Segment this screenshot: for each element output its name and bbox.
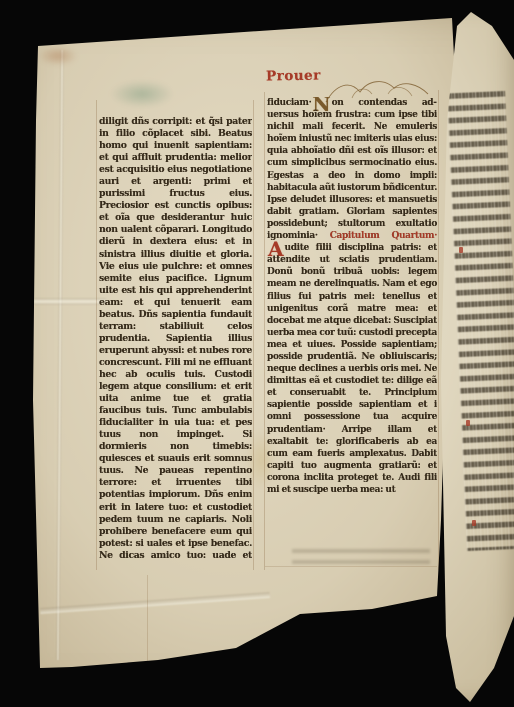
red-capitulum-mark [459, 247, 463, 253]
manuscript-page: Prouer diligit dñs corripit: et q̃si pat… [0, 0, 514, 707]
parchment-crease [56, 50, 64, 660]
parchment-crease [40, 592, 270, 614]
ruling-line [96, 100, 97, 570]
ruling-line [147, 575, 148, 663]
chapter4-text: udite filii disciplina patris: et attend… [267, 243, 437, 495]
manuscript-photo: Prouer diligit dñs corripit: et q̃si pat… [0, 0, 514, 707]
red-capitulum-mark [466, 420, 470, 426]
ruling-line [253, 100, 254, 570]
ink-showthrough [292, 549, 430, 567]
chapter-rubric: Capitulum Quartum· [330, 231, 437, 241]
ruling-line [264, 92, 265, 570]
ruling-line [438, 90, 439, 570]
carryover-word: fiduciam· [267, 98, 311, 108]
facing-running-title-fragment: dua [497, 25, 514, 40]
right-column-text: fiduciam·Non contendas ad­uersus hoĩem f… [267, 97, 437, 496]
chapter3-text: on contendas ad­uersus hoĩem frustra: cu… [267, 98, 437, 241]
running-title: Prouer [266, 68, 321, 85]
facing-page-text-lines [447, 91, 514, 551]
stain [110, 80, 174, 108]
text-column-right: fiduciam·Non contendas ad­uersus hoĩem f… [267, 97, 437, 549]
text-column-left: diligit dñs corripit: et q̃si pater in f… [99, 116, 252, 562]
left-column-text: diligit dñs corripit: et q̃si pater in f… [99, 116, 252, 562]
stain [38, 46, 78, 66]
red-capitulum-mark [472, 520, 476, 526]
